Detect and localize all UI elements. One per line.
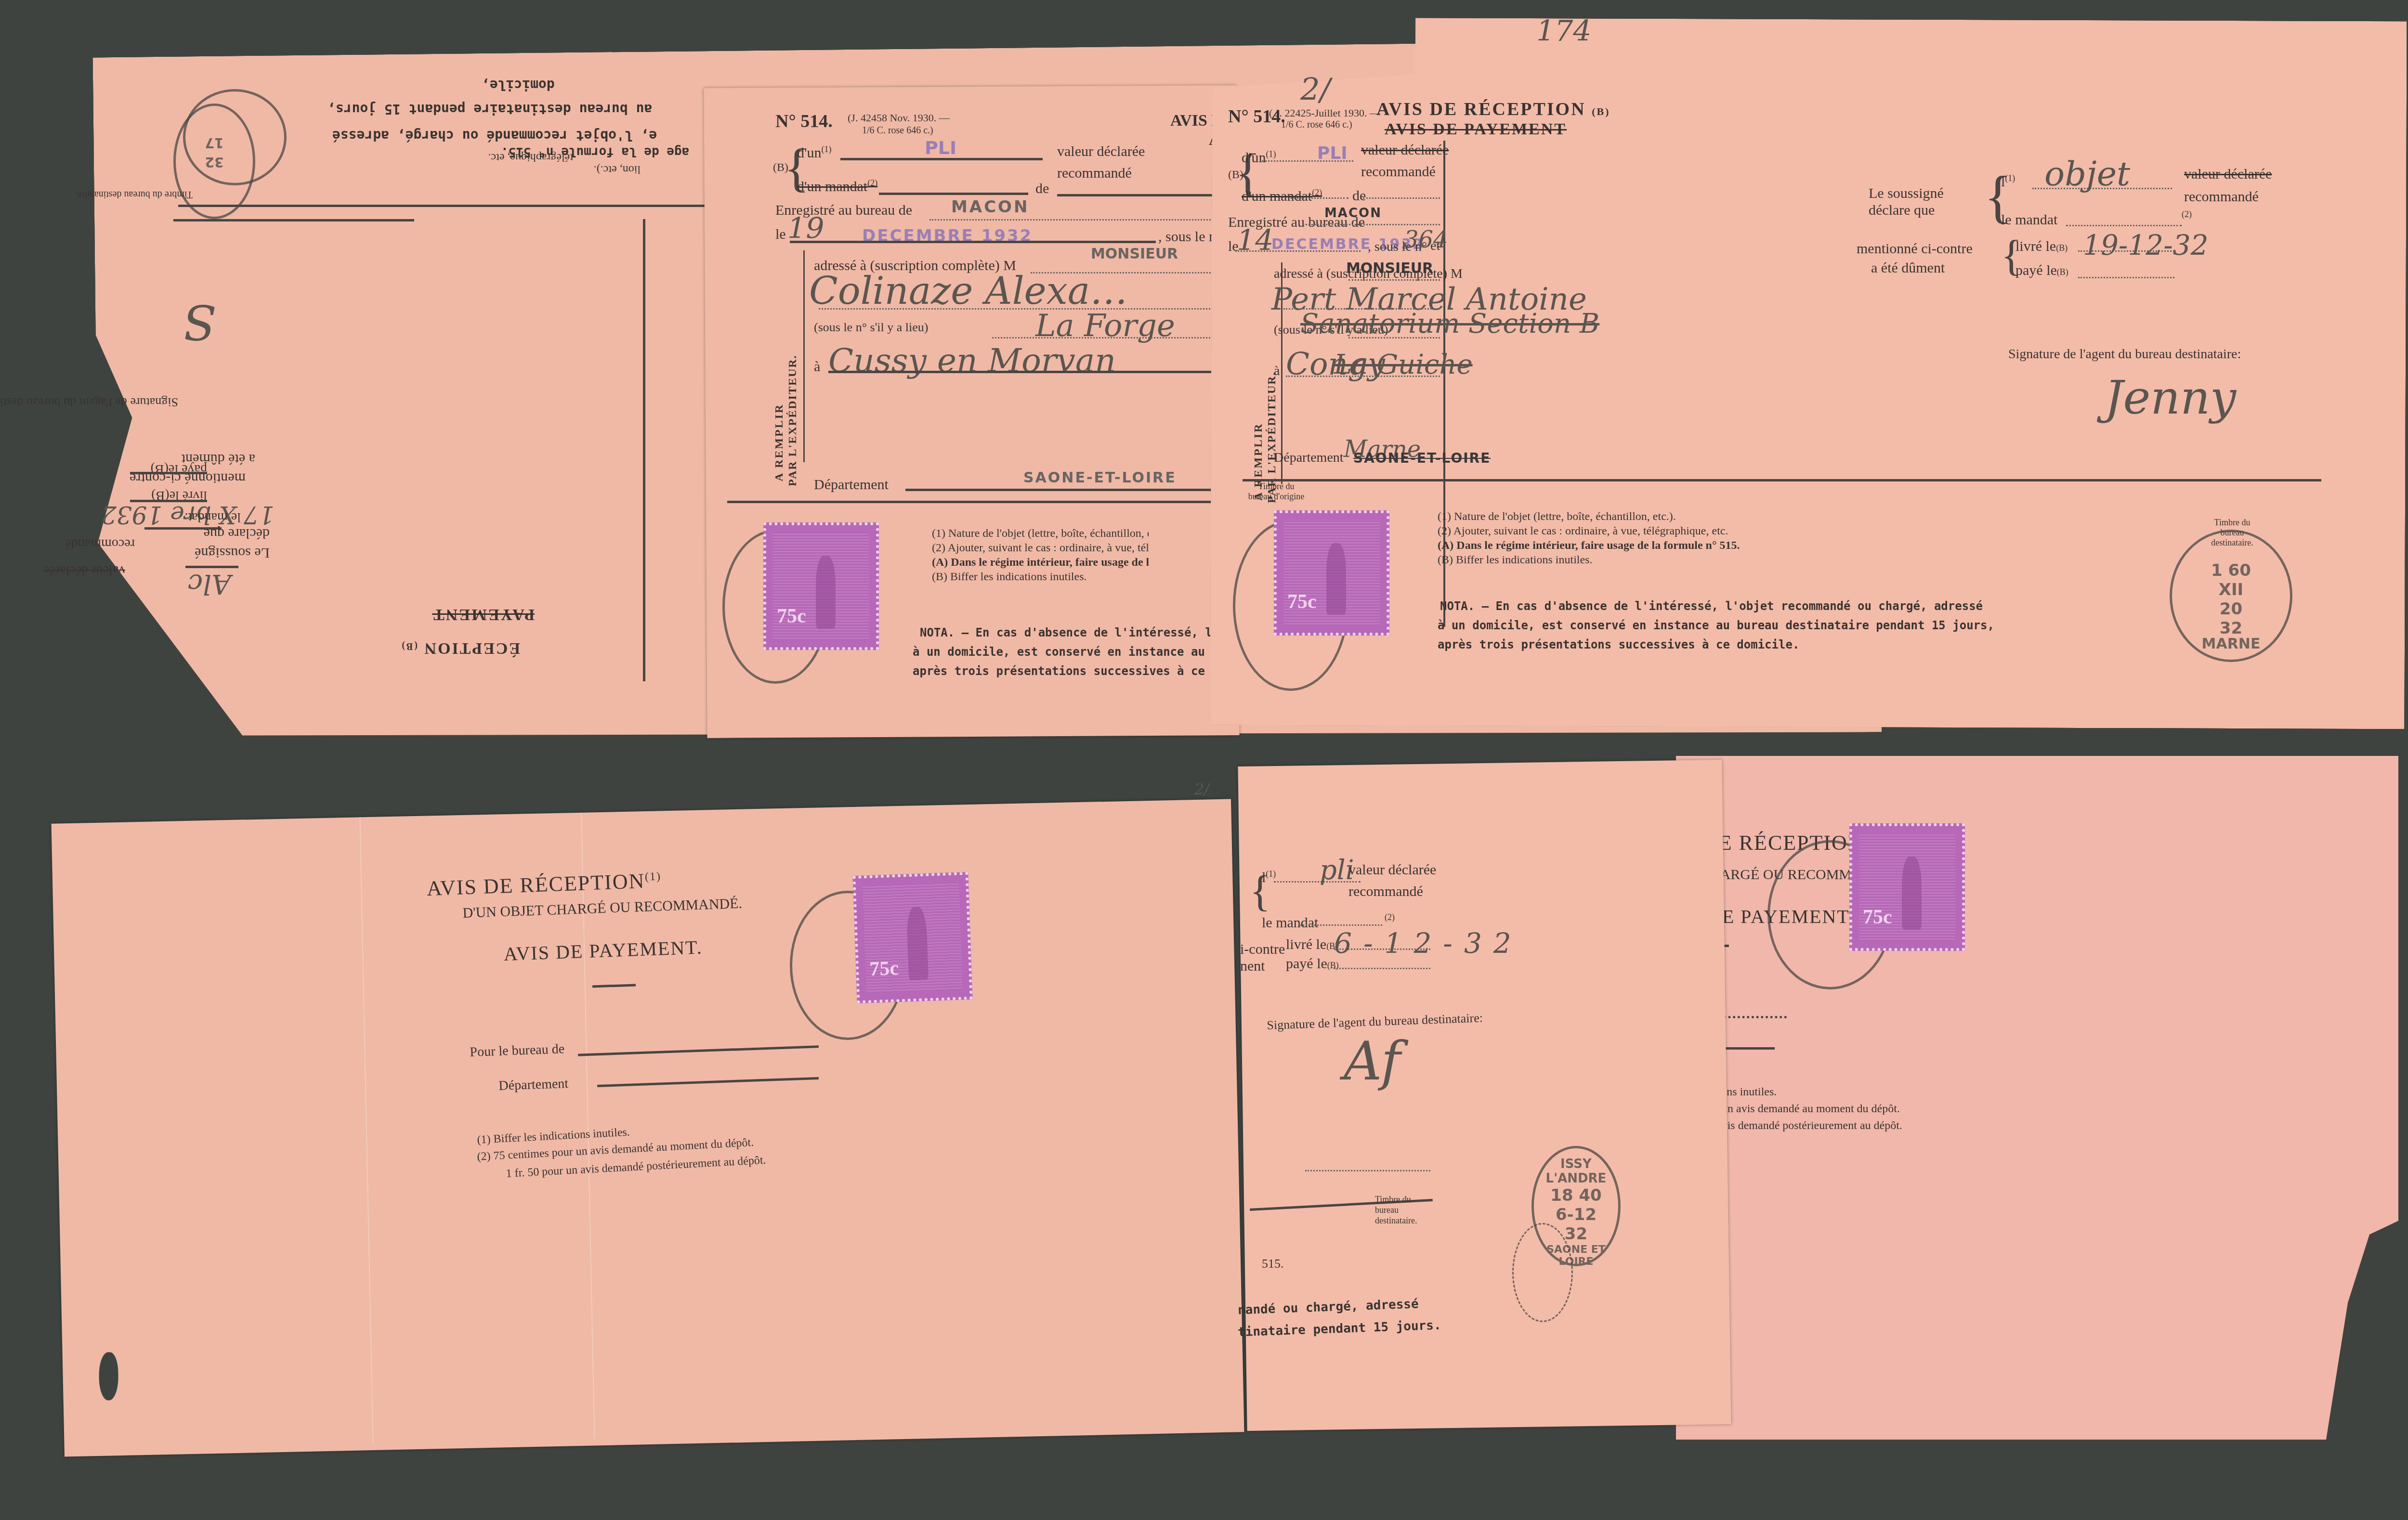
town-handwriting: Cussy en Morvan bbox=[828, 342, 1116, 380]
field-date[interactable] bbox=[790, 241, 1156, 243]
label-mandat: le mandat. bbox=[184, 509, 241, 525]
postage-stamp: 75c bbox=[852, 872, 972, 1003]
addressee-handwriting: Colinaze Alexa… bbox=[809, 270, 1127, 313]
upside-signature: S bbox=[183, 294, 216, 350]
label-paye: payé le(B) bbox=[151, 461, 207, 477]
field-paye[interactable] bbox=[1334, 968, 1430, 969]
label-recommande: recommandé bbox=[1361, 164, 1436, 180]
form-title: AVIS DE RÉCEPTION (B) bbox=[1376, 99, 1610, 120]
label-mentionne: mentionné ci-contre bbox=[1857, 241, 1973, 257]
footnote-2: pour un avis demandé au moment du dépôt. bbox=[1698, 1103, 1900, 1116]
registration-number-handwriting: 364 bbox=[1404, 226, 1448, 253]
object-handwriting: objet bbox=[2044, 154, 2130, 194]
label-sous-no: (sous le n° s'il y a lieu) bbox=[814, 320, 929, 335]
label-signature: Signature de l'agent du bureau destinata… bbox=[2008, 347, 2241, 362]
label-a: à bbox=[814, 359, 820, 375]
object-stamp: PLI bbox=[1317, 143, 1348, 163]
label-declare: déclare que bbox=[1869, 202, 1935, 219]
label-valeur: valeur déclarée bbox=[2184, 166, 2272, 182]
label-livre: livré le(B) bbox=[1286, 936, 1338, 953]
label-mandat: d'un mandat(2) bbox=[1242, 188, 1322, 205]
label-recommande: recommandé bbox=[1057, 165, 1132, 182]
form-number: N° 514. bbox=[775, 111, 833, 132]
label-le: le bbox=[775, 226, 786, 243]
field-mandat[interactable] bbox=[1291, 197, 1348, 199]
label-l: l(1) bbox=[1262, 869, 1276, 886]
field-bureau[interactable] bbox=[1303, 224, 1440, 225]
nota-line-1: NOTA. — En cas d'absence de l'intéressé,… bbox=[1440, 599, 1983, 613]
label-valeur: valeur déclarée bbox=[1348, 862, 1436, 878]
label-dun: d'un(1) bbox=[797, 144, 831, 161]
field-town[interactable] bbox=[828, 371, 1230, 373]
postage-stamp: 75c bbox=[763, 522, 879, 650]
form-title: ÉCEPTION (B) bbox=[400, 639, 520, 657]
note-b: (B) Biffer les indications inutiles. bbox=[1438, 554, 1593, 567]
note-2: (2) Ajouter, suivant le cas : ordinaire,… bbox=[1438, 525, 1728, 538]
department-stamp: SAONE-ET-LOIRE bbox=[1023, 469, 1177, 486]
label-departement: Département bbox=[814, 477, 889, 493]
field-signature[interactable] bbox=[1305, 1170, 1430, 1171]
postage-stamp: 75c bbox=[1274, 510, 1389, 636]
corner-handwriting: 2/ bbox=[1194, 780, 1209, 798]
civility-stamp: MONSIEUR bbox=[1346, 260, 1433, 277]
label-recommande: recommandé bbox=[2184, 189, 2259, 205]
timbre-origin-label: Timbre du bureau d'origine bbox=[1247, 481, 1305, 502]
print-reference-2: 1/6 C. rose 646 c.) bbox=[1281, 119, 1352, 130]
nota-line-3: après trois présentations successives à … bbox=[1438, 638, 1799, 651]
nota-line-3: domicile, bbox=[482, 77, 555, 93]
note-2: (2) Ajouter, suivant le cas : ordinaire,… bbox=[932, 542, 1149, 555]
bureau-stamp: MACON bbox=[1324, 206, 1382, 221]
print-reference-2: 1/6 C. rose 646 c.) bbox=[862, 125, 933, 136]
corner-handwritten-note: 2/ bbox=[1300, 72, 1330, 108]
print-reference-1: (J. 42458 Nov. 1930. — bbox=[848, 112, 950, 124]
label-de: de bbox=[1035, 181, 1049, 197]
civility-stamp: MONSIEUR bbox=[1091, 246, 1178, 262]
signature: Af bbox=[1344, 1030, 1400, 1092]
notes-line-2: télégraphique, etc. bbox=[488, 151, 573, 164]
label-de: de bbox=[1352, 188, 1366, 204]
day-handwriting: 14 bbox=[1237, 224, 1273, 258]
label-bureau: Pour le bureau de bbox=[470, 1041, 565, 1060]
field-paye[interactable] bbox=[2078, 277, 2174, 278]
label-l: l(1) bbox=[2001, 173, 2015, 190]
label-departement: Département bbox=[498, 1076, 569, 1094]
label-mandat: le mandat bbox=[1262, 915, 1318, 931]
delivery-date-handwriting: 6-12-32 bbox=[1334, 927, 1523, 960]
label-dun: d'un(1) bbox=[1242, 149, 1276, 166]
print-reference-1: ( J. 22425-Juillet 1930. — bbox=[1269, 107, 1380, 119]
label-a: à bbox=[1274, 364, 1280, 379]
nota-line-2: à un domicile, est conservé en instance … bbox=[1438, 619, 1994, 632]
field-de[interactable] bbox=[1363, 197, 1440, 199]
destination-postmark: 1 60 XII 20 32 MARNE bbox=[2170, 530, 2292, 662]
field-de[interactable] bbox=[1057, 194, 1230, 196]
field-town[interactable] bbox=[1286, 376, 1440, 377]
label-valeur: valeur déclarée bbox=[1057, 143, 1145, 160]
field-street[interactable] bbox=[1348, 337, 1440, 338]
street-handwriting: Sanatorium Section B bbox=[1300, 308, 1599, 339]
label-valeur: valeur déclarée bbox=[43, 562, 125, 578]
form-subtitle: AVIS DE PAYEMENT bbox=[1385, 120, 1567, 139]
nota-line-3: après trois présentations successives à … bbox=[913, 664, 1230, 678]
note-a: (A) Dans le régime intérieur, faire usag… bbox=[932, 556, 1149, 569]
delivery-date-handwriting: 19-12-32 bbox=[2083, 229, 2209, 261]
label-mandat: le mandat bbox=[2001, 212, 2057, 228]
label-valeur: valeur déclarée bbox=[1361, 142, 1449, 158]
field-date[interactable] bbox=[1235, 250, 1361, 252]
label-livre: livré le(B) bbox=[2015, 238, 2068, 255]
label-dument: a été dûment bbox=[1871, 260, 1945, 276]
label-declare: déclare que bbox=[204, 525, 270, 542]
label-paye: payé le(B) bbox=[1286, 956, 1339, 972]
notes-line-1: lion, etc.). bbox=[594, 163, 641, 176]
bureau-stamp: MACON bbox=[951, 197, 1029, 217]
top-handwritten-note: 174 bbox=[1536, 14, 1592, 48]
department-stamp: SAONE-ET-LOIRE bbox=[1353, 450, 1491, 466]
bottom-right-form-sheet bbox=[1676, 756, 2398, 1440]
label-mandat: d'un mandat(2) bbox=[797, 178, 877, 195]
label-soussigne: Le soussigné bbox=[195, 545, 270, 561]
label-paye: payé le(B) bbox=[2015, 262, 2068, 279]
label-recommande: recommandé bbox=[1348, 883, 1423, 900]
field-mandat[interactable] bbox=[2066, 225, 2182, 226]
form-subtitle: PAYEMENT bbox=[432, 605, 535, 624]
field-bureau[interactable] bbox=[929, 219, 1230, 221]
timbre-label: Timbre du bureau destinataire. bbox=[75, 189, 193, 200]
field-departement[interactable] bbox=[905, 489, 1230, 491]
object-stamp: PLI bbox=[925, 137, 956, 158]
label-departement: Département bbox=[1274, 450, 1344, 466]
postage-stamp: 75c bbox=[1849, 823, 1965, 951]
nota-line-2: au bureau destinataire pendant 15 jours, bbox=[327, 101, 652, 117]
object-handwriting: Alc bbox=[188, 568, 231, 599]
punch-hole bbox=[99, 1352, 119, 1401]
bottom-left-form-sheet bbox=[51, 799, 1244, 1456]
note-b: (B) Biffer les indications inutiles. bbox=[932, 571, 1149, 584]
timbre-label: Timbre du bureau destinataire. bbox=[1375, 1194, 1433, 1226]
signature: Jenny bbox=[2105, 371, 2236, 425]
note-a: (A) Dans le régime intérieur, faire usag… bbox=[1438, 539, 1740, 552]
label-soussigne: Le soussigné bbox=[1869, 185, 1944, 202]
field-mandat[interactable] bbox=[879, 193, 1028, 195]
field-street[interactable] bbox=[992, 337, 1230, 338]
label-mentionne: i-contre bbox=[1240, 941, 1285, 958]
note-1: (1) Nature de l'objet (lettre, boîte, éc… bbox=[1438, 510, 1676, 523]
label-signature: Signature de l'agent du bureau destinata… bbox=[0, 395, 178, 409]
label-recommande: recommandé bbox=[65, 536, 135, 551]
field-paye[interactable] bbox=[130, 472, 207, 474]
label-dument: nent bbox=[1240, 958, 1265, 974]
field-mandat[interactable] bbox=[1300, 924, 1382, 926]
nota-line-1: NOTA. — En cas d'absence de l'intéressé,… bbox=[920, 626, 1228, 639]
note-1: (1) Nature de l'objet (lettre, boîte, éc… bbox=[932, 527, 1149, 540]
nota-line-2: à un domicile, est conservé en instance … bbox=[913, 645, 1230, 659]
nota-line-1: e, l'objet recommandé ou chargé, adressé bbox=[332, 128, 657, 143]
